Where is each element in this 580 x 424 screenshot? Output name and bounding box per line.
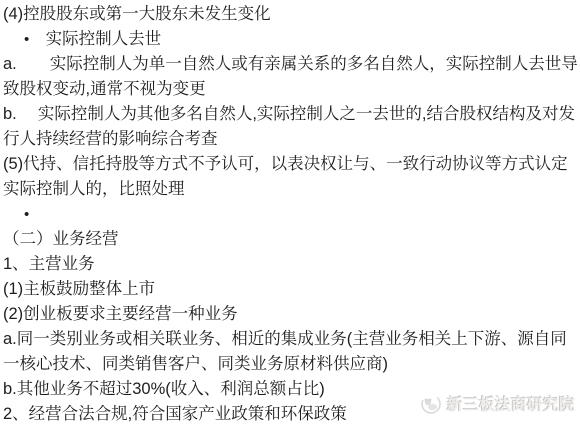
line-text: a. 实际控制人为单一自然人或有亲属关系的多名自然人，实际控制人去世导 — [3, 55, 578, 73]
document-body: (4)控股股东或第一大股东未发生变化 • 实际控制人去世 a. 实际控制人为单一… — [3, 2, 580, 424]
text-line: (2)创业板要求主要经营一种业务 — [3, 302, 580, 327]
line-text: b.其他业务不超过30%(收入、利润总额占比) — [3, 380, 325, 398]
watermark: 新三板法商研究院 — [419, 391, 575, 415]
line-text: 实际控制人的，比照处理 — [3, 180, 185, 198]
text-line: 一核心技术、同类销售客户、同类业务原材料供应商) — [3, 352, 580, 377]
bullet-icon: • — [24, 27, 41, 52]
text-line: (1)主板鼓励整体上市 — [3, 277, 580, 302]
line-text: 致股权变动,通常不视为变更 — [3, 80, 206, 98]
watermark-logo-icon — [419, 391, 443, 415]
text-line: 1、主营业务 — [3, 252, 580, 277]
line-text: 行人持续经营的影响综合考查 — [3, 130, 218, 148]
line-text: b. 实际控制人为其他多名自然人,实际控制人之一去世的,结合股权结构及对发 — [3, 105, 575, 123]
bullet-icon: • — [24, 202, 41, 227]
line-text: （二）业务经营 — [3, 230, 119, 248]
text-line: (5)代持、信托持股等方式不予认可，以表决权让与、一致行动协议等方式认定 — [3, 152, 580, 177]
line-text: 实际控制人去世 — [46, 30, 162, 48]
line-text: (5)代持、信托持股等方式不予认可，以表决权让与、一致行动协议等方式认定 — [3, 155, 568, 173]
line-text: 1、主营业务 — [3, 255, 95, 273]
text-line: 实际控制人的，比照处理 — [3, 177, 580, 202]
line-text: (4)控股股东或第一大股东未发生变化 — [3, 5, 271, 23]
watermark-text: 新三板法商研究院 — [447, 392, 575, 415]
text-line: a.同一类别业务或相关联业务、相近的集成业务(主营业务相关上下游、源自同 — [3, 327, 580, 352]
text-line: (4)控股股东或第一大股东未发生变化 — [3, 2, 580, 27]
text-line: • 实际控制人去世 — [3, 27, 580, 52]
text-line: a. 实际控制人为单一自然人或有亲属关系的多名自然人，实际控制人去世导 — [3, 52, 580, 77]
text-line: 致股权变动,通常不视为变更 — [3, 77, 580, 102]
text-line: • — [3, 202, 580, 227]
line-text: a.同一类别业务或相关联业务、相近的集成业务(主营业务相关上下游、源自同 — [3, 330, 567, 348]
line-text: (2)创业板要求主要经营一种业务 — [3, 305, 238, 323]
text-line: b. 实际控制人为其他多名自然人,实际控制人之一去世的,结合股权结构及对发 — [3, 102, 580, 127]
line-text: 一核心技术、同类销售客户、同类业务原材料供应商) — [3, 355, 388, 373]
line-text: (1)主板鼓励整体上市 — [3, 280, 155, 298]
line-text: 2、经营合法合规,符合国家产业政策和环保政策 — [3, 405, 347, 423]
text-line: （二）业务经营 — [3, 227, 580, 252]
text-line: 行人持续经营的影响综合考查 — [3, 127, 580, 152]
